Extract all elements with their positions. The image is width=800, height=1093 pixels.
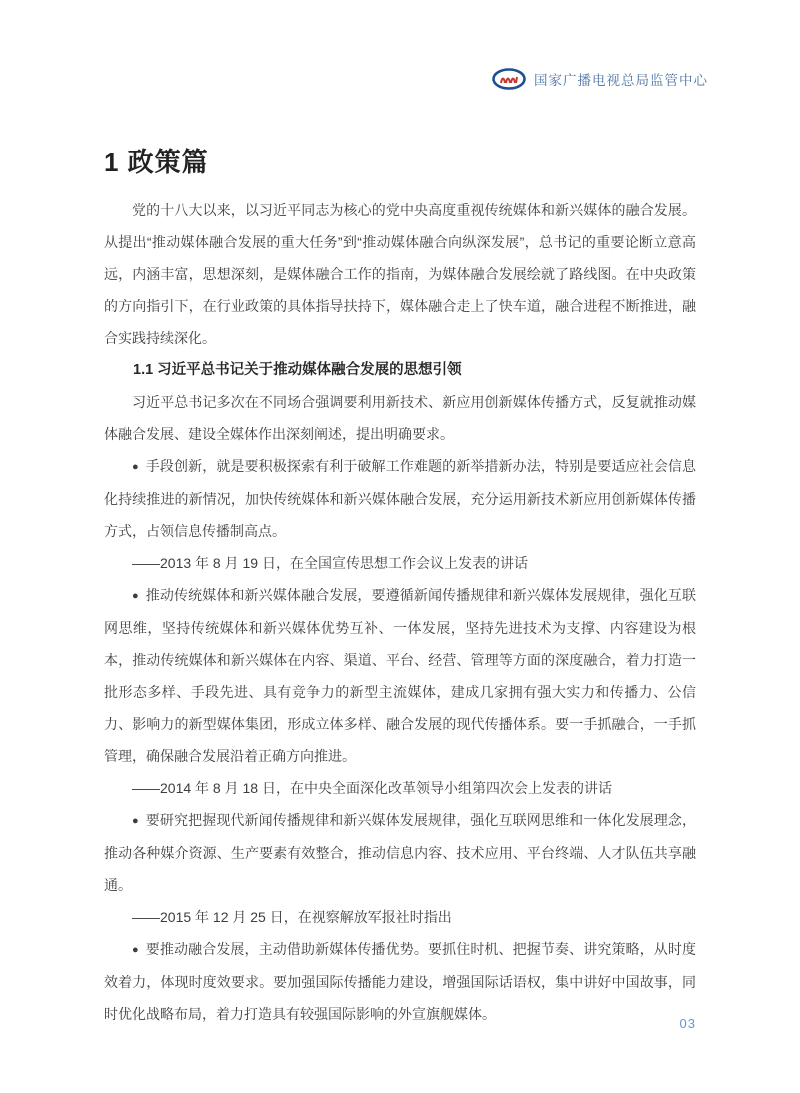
bullet-icon: ● [132,590,139,602]
quote-attribution-3: ——2015 年 12 月 25 日，在视察解放军报社时指出 [104,901,696,933]
page-header: 国家广播电视总局监管中心 [492,68,708,90]
nrta-logo-icon [492,68,526,90]
quote-text: 手段创新，就是要积极探索有利于破解工作难题的新举措新办法，特别是要适应社会信息化… [104,458,696,539]
quote-bullet-3: ●要研究把握现代新闻传播规律和新兴媒体发展规律，强化互联网思维和一体化发展理念，… [104,804,696,901]
document-body: 党的十八大以来，以习近平同志为核心的党中央高度重视传统媒体和新兴媒体的融合发展。… [104,194,696,1030]
bullet-icon: ● [132,461,139,473]
quote-text: 推动传统媒体和新兴媒体融合发展，要遵循新闻传播规律和新兴媒体发展规律，强化互联网… [104,587,696,764]
intro-paragraph: 党的十八大以来，以习近平同志为核心的党中央高度重视传统媒体和新兴媒体的融合发展。… [104,194,696,354]
document-page: 国家广播电视总局监管中心 1 政策篇 党的十八大以来，以习近平同志为核心的党中央… [0,0,800,1093]
chapter-title: 1 政策篇 [104,142,209,179]
section-lead-paragraph: 习近平总书记多次在不同场合强调要利用新技术、新应用创新媒体传播方式，反复就推动媒… [104,386,696,450]
bullet-icon: ● [132,944,139,956]
quote-attribution-2: ——2014 年 8 月 18 日，在中央全面深化改革领导小组第四次会上发表的讲… [104,772,696,804]
bullet-icon: ● [132,815,139,827]
org-name: 国家广播电视总局监管中心 [534,69,708,89]
quote-bullet-2: ●推动传统媒体和新兴媒体融合发展，要遵循新闻传播规律和新兴媒体发展规律，强化互联… [104,579,696,772]
page-number: 03 [680,1016,696,1031]
quote-bullet-1: ●手段创新，就是要积极探索有利于破解工作难题的新举措新办法，特别是要适应社会信息… [104,450,696,547]
quote-attribution-1: ——2013 年 8 月 19 日，在全国宣传思想工作会议上发表的讲话 [104,547,696,579]
quote-text: 要推动融合发展，主动借助新媒体传播优势。要抓住时机、把握节奏、讲究策略，从时度效… [104,941,696,1022]
section-heading-1-1: 1.1 习近平总书记关于推动媒体融合发展的思想引领 [104,354,696,386]
quote-bullet-4: ●要推动融合发展，主动借助新媒体传播优势。要抓住时机、把握节奏、讲究策略，从时度… [104,933,696,1030]
quote-text: 要研究把握现代新闻传播规律和新兴媒体发展规律，强化互联网思维和一体化发展理念，推… [104,812,696,893]
